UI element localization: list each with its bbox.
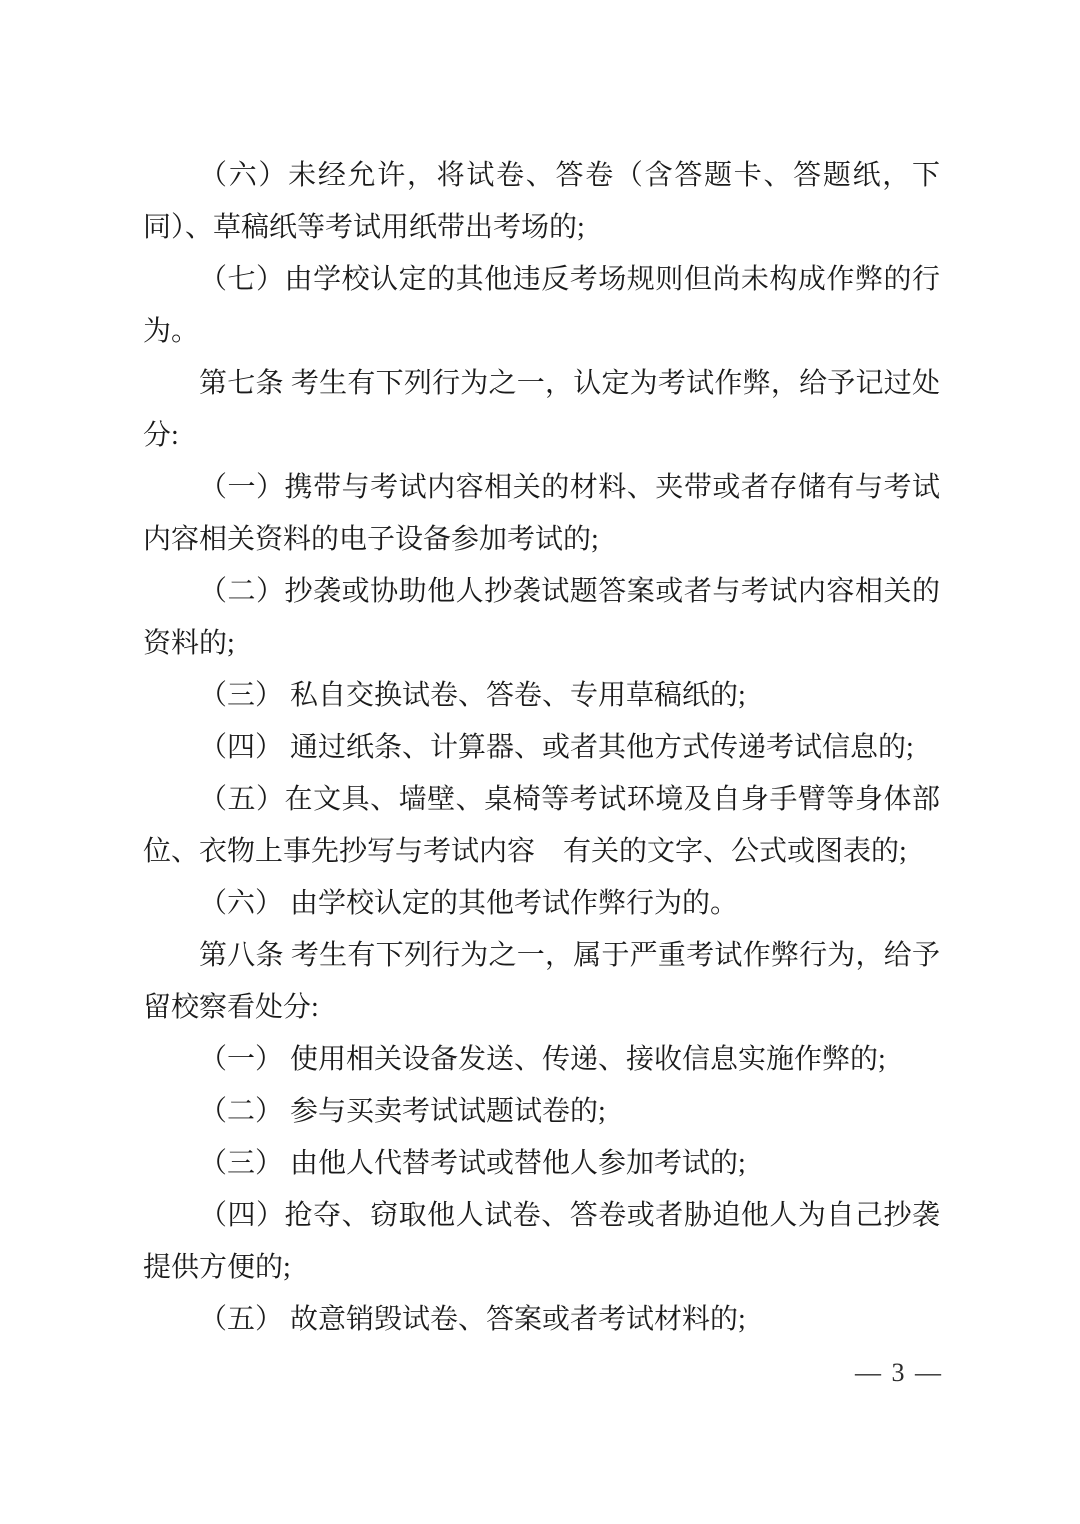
paragraph: （一） 使用相关设备发送、传递、接收信息实施作弊的; <box>143 1034 940 1086</box>
paragraph: （三） 由他人代替考试或替他人参加考试的; <box>143 1138 940 1190</box>
paragraph: （四）抢夺、窃取他人试卷、答卷或者胁迫他人为自己抄袭提供方便的; <box>143 1190 940 1294</box>
paragraph: （六） 由学校认定的其他考试作弊行为的。 <box>143 878 940 930</box>
paragraph: （五）在文具、墙壁、桌椅等考试环境及自身手臂等身体部位、衣物上事先抄写与考试内容… <box>143 774 940 878</box>
page-number: — 3 — <box>855 1358 943 1388</box>
paragraph: （七）由学校认定的其他违反考场规则但尚未构成作弊的行为。 <box>143 254 940 358</box>
paragraph-article-7: 第七条 考生有下列行为之一，认定为考试作弊，给予记过处分: <box>143 358 940 462</box>
paragraph: （一）携带与考试内容相关的材料、夹带或者存储有与考试内容相关资料的电子设备参加考… <box>143 462 940 566</box>
paragraph-article-8: 第八条 考生有下列行为之一，属于严重考试作弊行为，给予留校察看处分: <box>143 930 940 1034</box>
paragraph: （二）抄袭或协助他人抄袭试题答案或者与考试内容相关的资料的; <box>143 566 940 670</box>
paragraph: （五） 故意销毁试卷、答案或者考试材料的; <box>143 1294 940 1346</box>
paragraph: （四） 通过纸条、计算器、或者其他方式传递考试信息的; <box>143 722 940 774</box>
paragraph: （六）未经允许，将试卷、答卷（含答题卡、答题纸，下同）、草稿纸等考试用纸带出考场… <box>143 150 940 254</box>
paragraph: （三） 私自交换试卷、答卷、专用草稿纸的; <box>143 670 940 722</box>
document-body: （六）未经允许，将试卷、答卷（含答题卡、答题纸，下同）、草稿纸等考试用纸带出考场… <box>143 150 940 1346</box>
paragraph: （二） 参与买卖考试试题试卷的; <box>143 1086 940 1138</box>
document-page: （六）未经允许，将试卷、答卷（含答题卡、答题纸，下同）、草稿纸等考试用纸带出考场… <box>0 0 1080 1524</box>
